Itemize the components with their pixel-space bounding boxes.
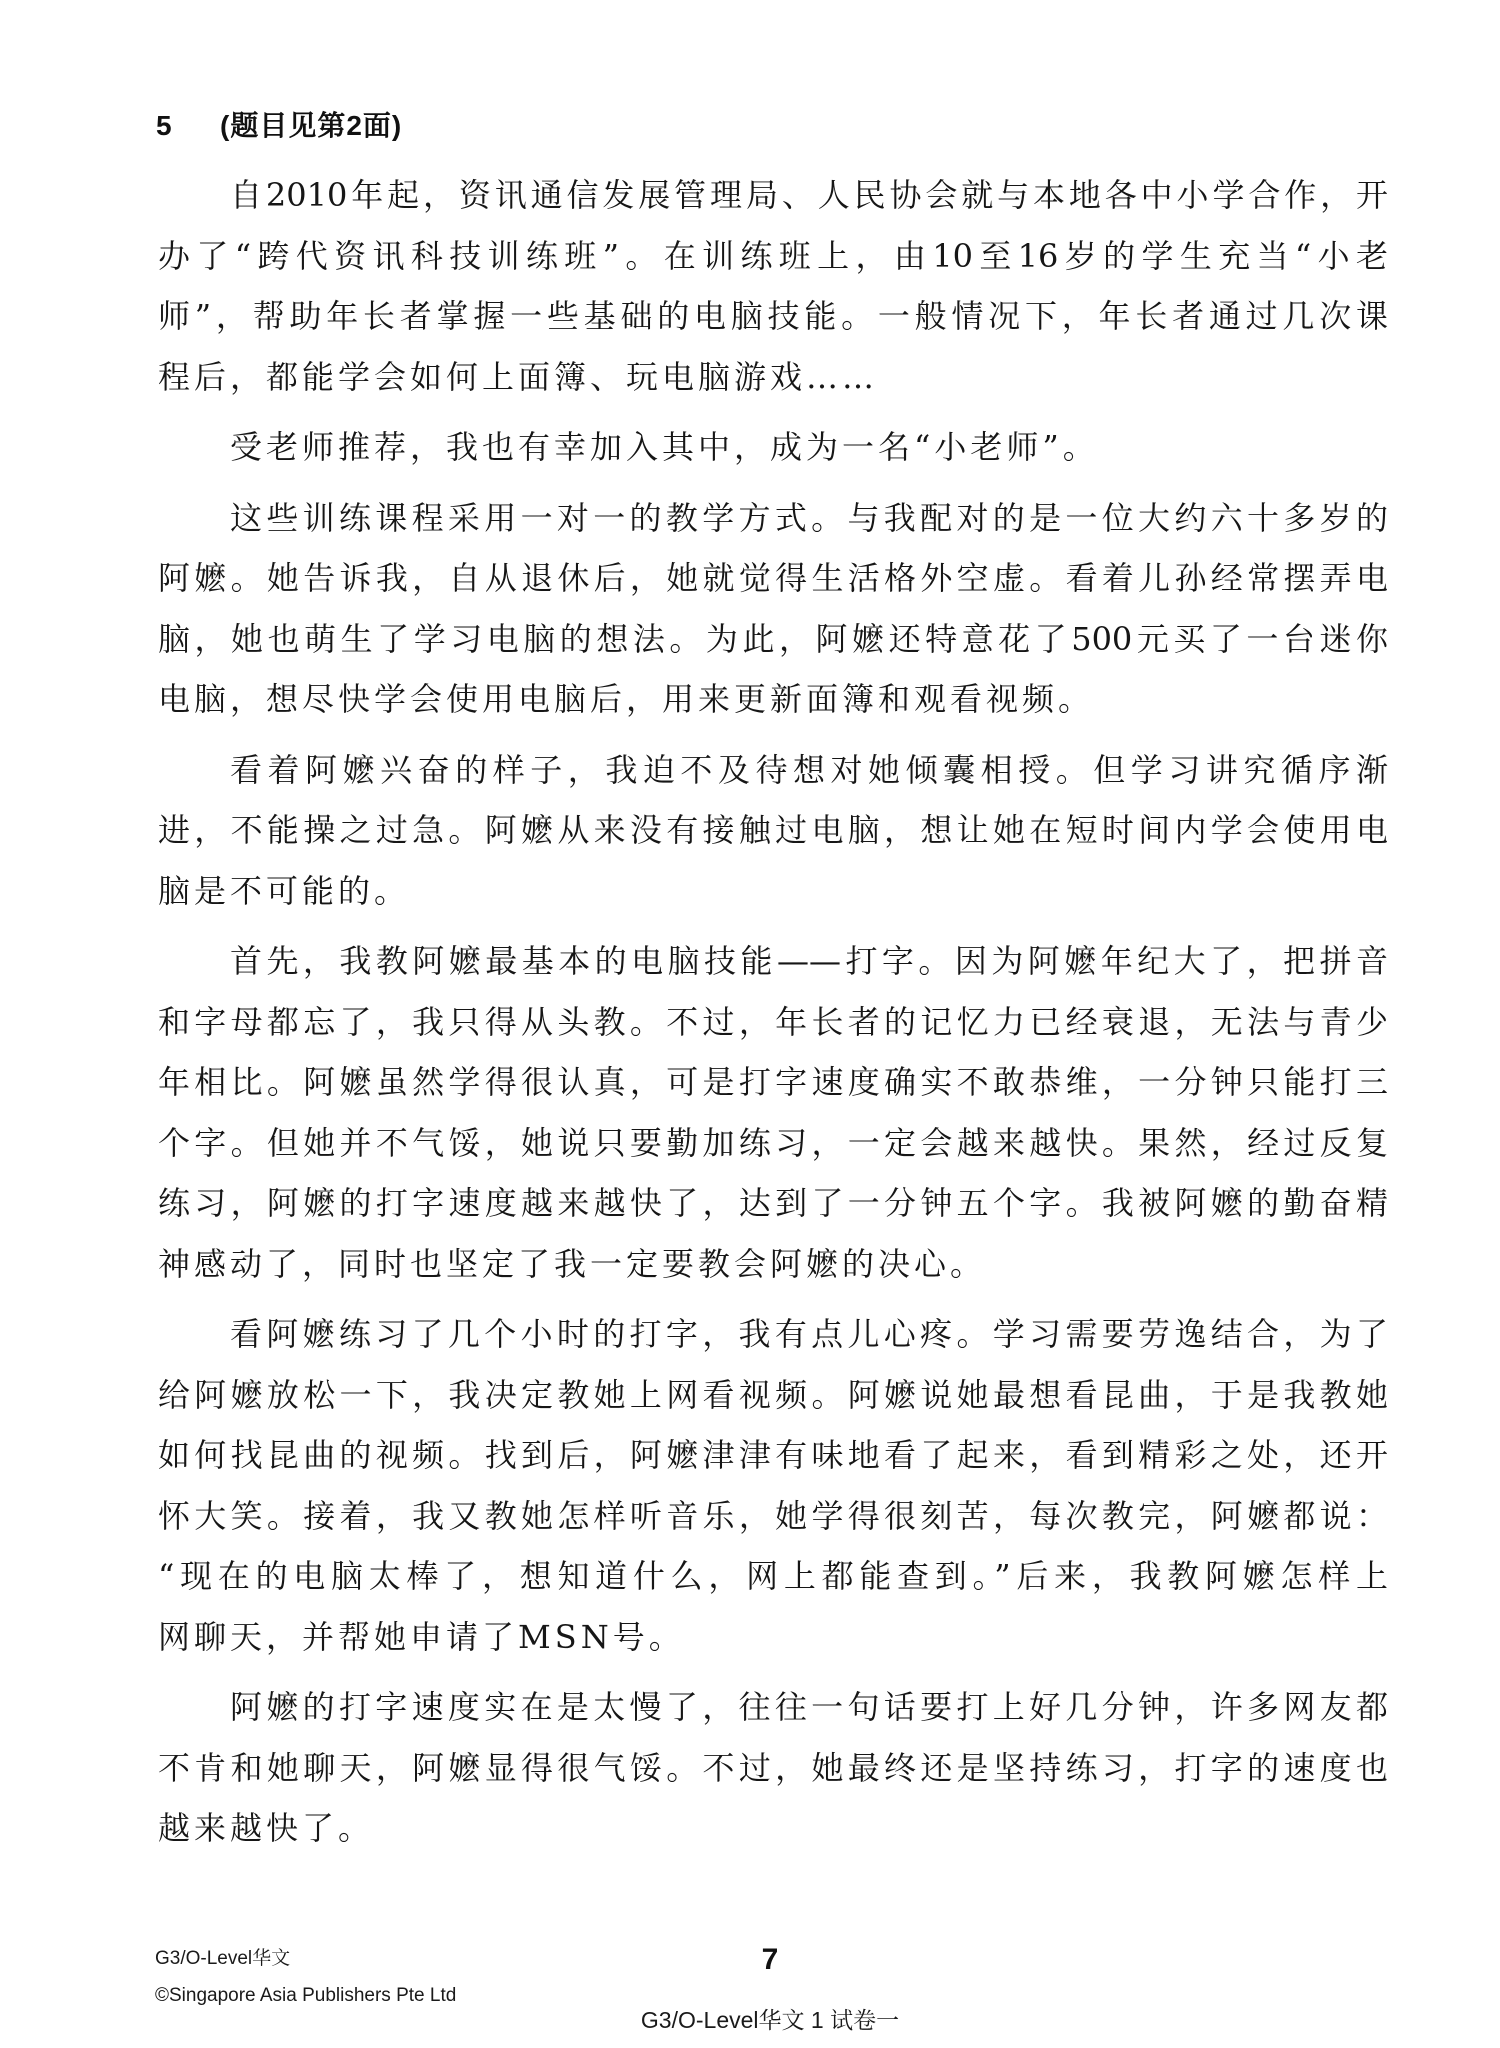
paragraph-4: 看着阿嬷兴奋的样子，我迫不及待想对她倾囊相授。但学习讲究循序渐 进，不能操之过急… — [158, 740, 1388, 922]
text-line: 不肯和她聊天，阿嬷显得很气馁。不过，她最终还是坚持练习，打字的速度也 — [158, 1738, 1388, 1799]
text-line: 给阿嬷放松一下，我决定教她上网看视频。阿嬷说她最想看昆曲，于是我教她 — [158, 1365, 1388, 1426]
text-line: 进，不能操之过急。阿嬷从来没有接触过电脑，想让她在短时间内学会使用电 — [158, 800, 1388, 861]
text-line: 电脑，想尽快学会使用电脑后，用来更新面簿和观看视频。 — [158, 669, 1388, 730]
text-line: 首先，我教阿嬷最基本的电脑技能——打字。因为阿嬷年纪大了，把拼音 — [158, 931, 1388, 992]
paragraph-2: 受老师推荐，我也有幸加入其中，成为一名“小老师”。 — [158, 417, 1388, 478]
text-line: 程后，都能学会如何上面簿、玩电脑游戏…… — [158, 347, 1388, 408]
question-reference: (题目见第2面) — [220, 108, 402, 144]
text-line: 神感动了，同时也坚定了我一定要教会阿嬷的决心。 — [158, 1234, 1388, 1295]
text-line: 和字母都忘了，我只得从头教。不过，年长者的记忆力已经衰退，无法与青少 — [158, 992, 1388, 1053]
text-line: 个字。但她并不气馁，她说只要勤加练习，一定会越来越快。果然，经过反复 — [158, 1113, 1388, 1174]
text-line: 自2010年起，资讯通信发展管理局、人民协会就与本地各中小学合作，开 — [158, 165, 1388, 226]
passage: 自2010年起，资讯通信发展管理局、人民协会就与本地各中小学合作，开 办了“跨代… — [158, 165, 1388, 1869]
footer-publisher: G3/O-Level华文 ©Singapore Asia Publishers … — [155, 1940, 456, 2014]
text-line: 练习，阿嬷的打字速度越来越快了，达到了一分钟五个字。我被阿嬷的勤奋精 — [158, 1173, 1388, 1234]
text-line: 网聊天，并帮她申请了MSN号。 — [158, 1607, 1388, 1668]
text-line: 这些训练课程采用一对一的教学方式。与我配对的是一位大约六十多岁的 — [158, 488, 1388, 549]
text-line: 阿嬷。她告诉我，自从退休后，她就觉得生活格外空虚。看着儿孙经常摆弄电 — [158, 548, 1388, 609]
text-line: 办了“跨代资讯科技训练班”。在训练班上，由10至16岁的学生充当“小老 — [158, 226, 1388, 287]
text-line: 脑是不可能的。 — [158, 861, 1388, 922]
text-line: “现在的电脑太棒了，想知道什么，网上都能查到。”后来，我教阿嬷怎样上 — [158, 1546, 1388, 1607]
text-line: 如何找昆曲的视频。找到后，阿嬷津津有味地看了起来，看到精彩之处，还开 — [158, 1425, 1388, 1486]
text-line: 越来越快了。 — [158, 1798, 1388, 1859]
footer-course-label: G3/O-Level华文 — [155, 1940, 456, 1977]
text-line: 年相比。阿嬷虽然学得很认真，可是打字速度确实不敢恭维，一分钟只能打三 — [158, 1052, 1388, 1113]
text-line: 看着阿嬷兴奋的样子，我迫不及待想对她倾囊相授。但学习讲究循序渐 — [158, 740, 1388, 801]
question-number: 5 — [156, 108, 172, 144]
page-number: 7 — [720, 1940, 820, 1980]
text-line: 怀大笑。接着，我又教她怎样听音乐，她学得很刻苦，每次教完，阿嬷都说： — [158, 1486, 1388, 1547]
text-line: 受老师推荐，我也有幸加入其中，成为一名“小老师”。 — [158, 417, 1388, 478]
text-line: 看阿嬷练习了几个小时的打字，我有点儿心疼。学习需要劳逸结合，为了 — [158, 1304, 1388, 1365]
paragraph-3: 这些训练课程采用一对一的教学方式。与我配对的是一位大约六十多岁的 阿嬷。她告诉我… — [158, 488, 1388, 730]
paragraph-6: 看阿嬷练习了几个小时的打字，我有点儿心疼。学习需要劳逸结合，为了 给阿嬷放松一下… — [158, 1304, 1388, 1667]
paragraph-1: 自2010年起，资讯通信发展管理局、人民协会就与本地各中小学合作，开 办了“跨代… — [158, 165, 1388, 407]
footer-copyright: ©Singapore Asia Publishers Pte Ltd — [155, 1977, 456, 2014]
text-line: 脑，她也萌生了学习电脑的想法。为此，阿嬷还特意花了500元买了一台迷你 — [158, 609, 1388, 670]
paragraph-7: 阿嬷的打字速度实在是太慢了，往往一句话要打上好几分钟，许多网友都 不肯和她聊天，… — [158, 1677, 1388, 1859]
text-line: 阿嬷的打字速度实在是太慢了，往往一句话要打上好几分钟，许多网友都 — [158, 1677, 1388, 1738]
paragraph-5: 首先，我教阿嬷最基本的电脑技能——打字。因为阿嬷年纪大了，把拼音 和字母都忘了，… — [158, 931, 1388, 1294]
footer-paper-title: G3/O-Level华文 1 试卷一 — [570, 2004, 970, 2036]
text-line: 师”，帮助年长者掌握一些基础的电脑技能。一般情况下，年长者通过几次课 — [158, 286, 1388, 347]
